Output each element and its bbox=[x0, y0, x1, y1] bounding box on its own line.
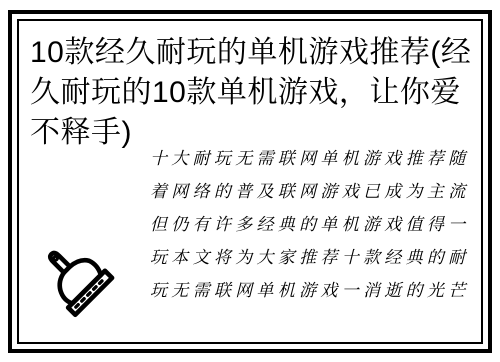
article-card: 10款经久耐玩的单机游戏推荐(经久耐玩的10款单机游戏，让你爱不释手) bbox=[0, 0, 500, 362]
summary-line: 十大耐玩无需联网单机游戏推荐随 bbox=[150, 142, 484, 175]
outer-border: 10款经久耐玩的单机游戏推荐(经久耐玩的10款单机游戏，让你爱不释手) bbox=[8, 10, 492, 353]
summary-line: 玩无需联网单机游戏一消逝的光芒 bbox=[150, 274, 484, 307]
summary-line: 但仍有许多经典的单机游戏值得一 bbox=[150, 208, 484, 241]
inner-border: 10款经久耐玩的单机游戏推荐(经久耐玩的10款单机游戏，让你爱不释手) bbox=[17, 19, 483, 344]
summary-line: 玩本文将为大家推荐十款经典的耐 bbox=[150, 241, 484, 274]
summary-line: 着网络的普及联网游戏已成为主流 bbox=[150, 175, 484, 208]
dustpan-icon bbox=[38, 237, 122, 325]
article-title: 10款经久耐玩的单机游戏推荐(经久耐玩的10款单机游戏，让你爱不释手) bbox=[30, 33, 480, 153]
article-summary: 十大耐玩无需联网单机游戏推荐随 着网络的普及联网游戏已成为主流 但仍有许多经典的… bbox=[150, 142, 484, 307]
